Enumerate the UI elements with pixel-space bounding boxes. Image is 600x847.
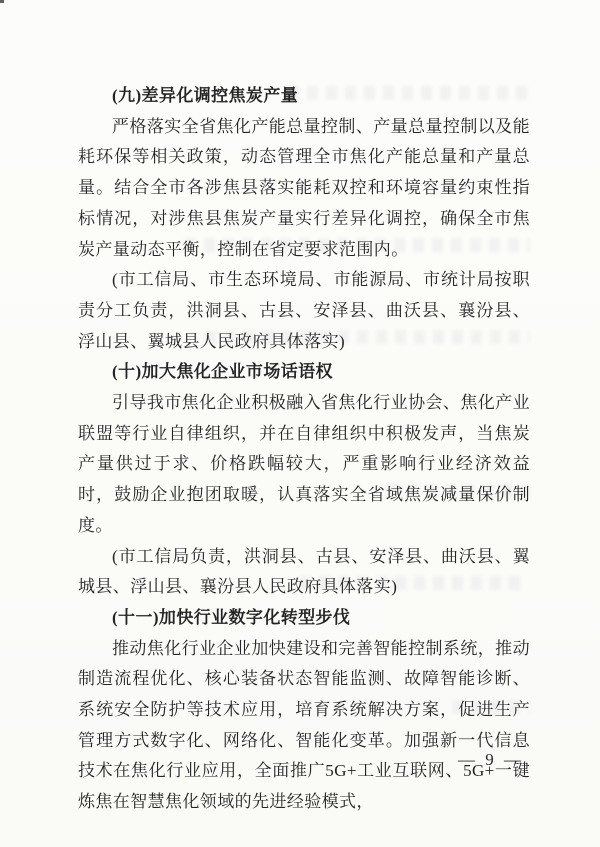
- page-number: — 9 —: [458, 750, 524, 770]
- section-heading-10: (十)加大焦化企业市场话语权: [78, 357, 530, 388]
- section-11-paragraph: 推动焦化行业企业加快建设和完善智能控制系统，推动制造流程优化、核心装备状态智能监…: [78, 634, 530, 818]
- section-10-paragraph: 引导我市焦化企业积极融入省焦化行业协会、焦化产业联盟等行业自律组织，并在自律组织…: [78, 388, 530, 542]
- document-page: (九)差异化调控焦炭产量 严格落实全省焦化产能总量控制、产量总量控制以及能耗环保…: [0, 0, 600, 847]
- section-9-paragraph: 严格落实全省焦化产能总量控制、产量总量控制以及能耗环保等相关政策，动态管理全市焦…: [78, 112, 530, 266]
- section-heading-9: (九)差异化调控焦炭产量: [78, 81, 530, 112]
- document-body: (九)差异化调控焦炭产量 严格落实全省焦化产能总量控制、产量总量控制以及能耗环保…: [78, 81, 530, 818]
- section-9-responsibility-note: (市工信局、市生态环境局、市能源局、市统计局按职责分工负责，洪洞县、古县、安泽县…: [78, 265, 530, 357]
- section-heading-11: (十一)加快行业数字化转型步伐: [78, 603, 530, 634]
- scan-edge-artifact: [0, 0, 4, 3]
- section-10-responsibility-note: (市工信局负责，洪洞县、古县、安泽县、曲沃县、翼城县、浮山县、襄汾县人民政府具体…: [78, 542, 530, 603]
